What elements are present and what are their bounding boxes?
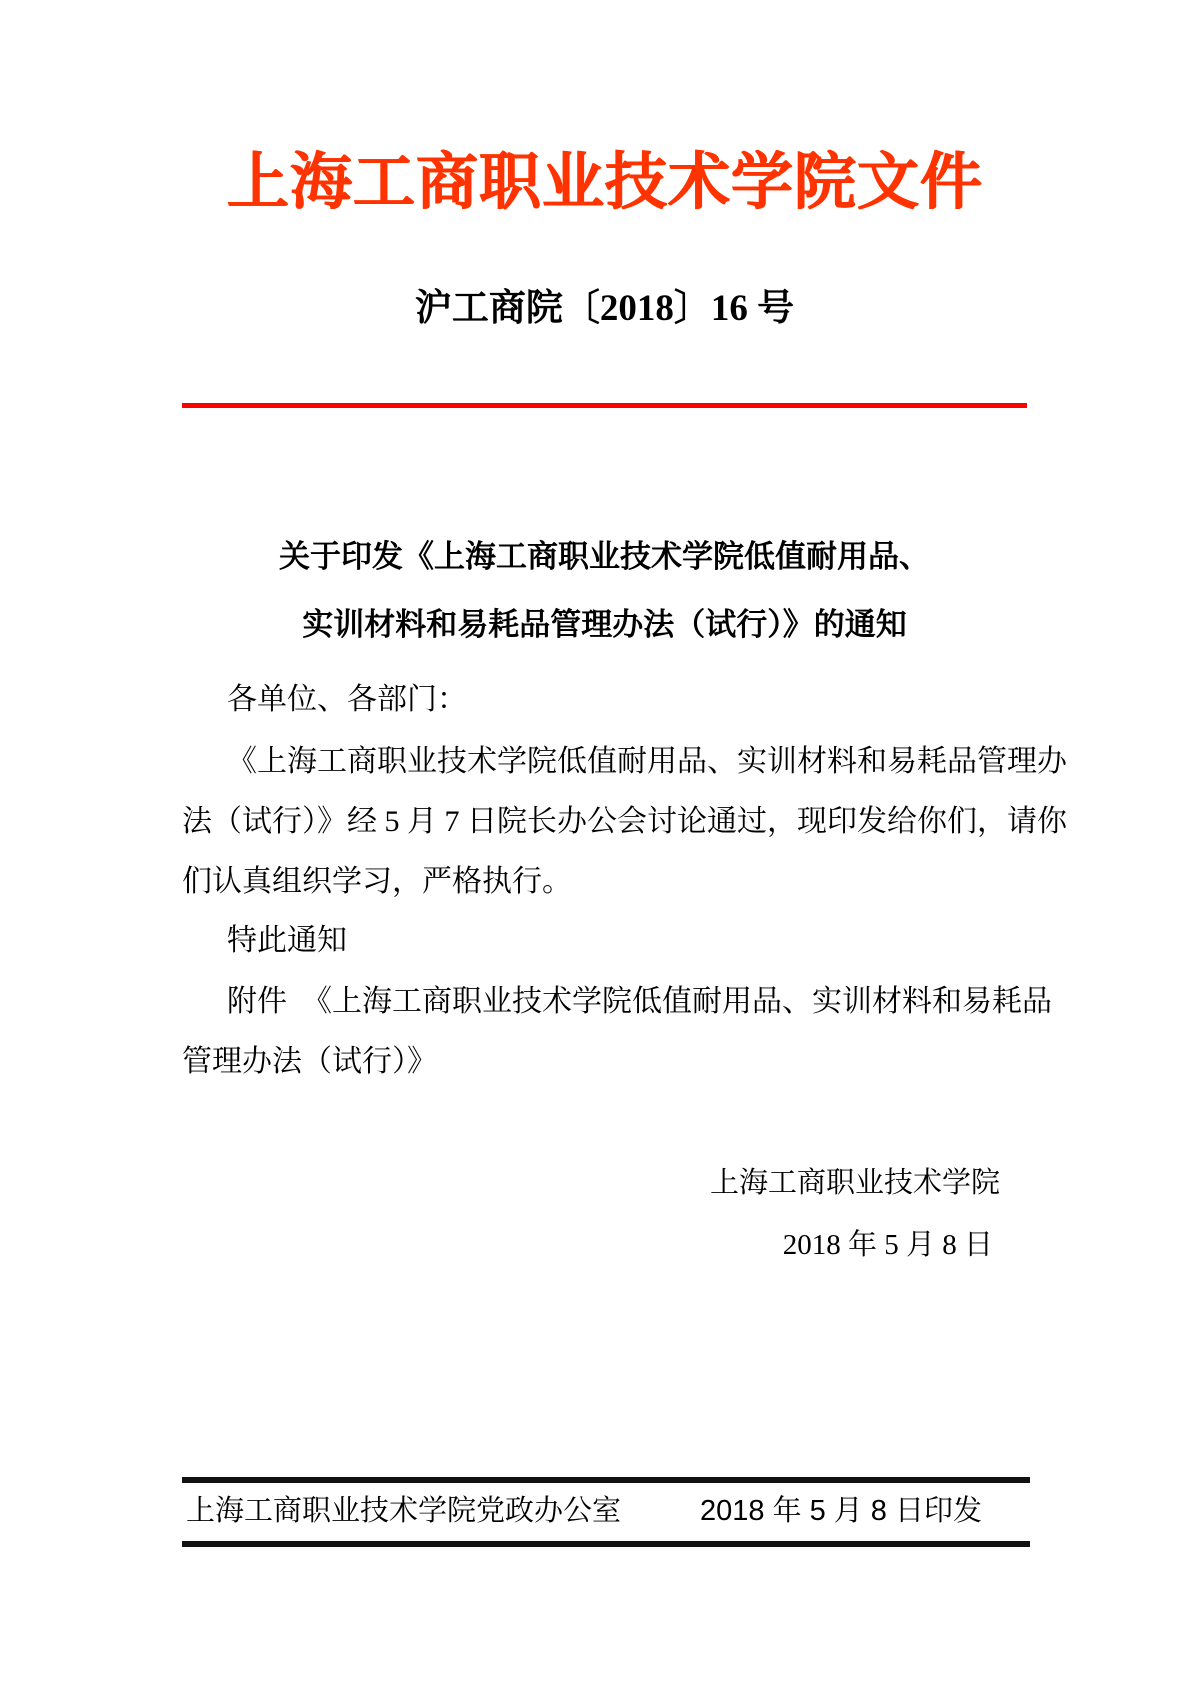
content-column: 上海工商职业技术学院文件 沪工商院〔2018〕16 号 关于印发《上海工商职业技… <box>182 0 1027 1684</box>
document-page: 上海工商职业技术学院文件 沪工商院〔2018〕16 号 关于印发《上海工商职业技… <box>0 0 1191 1684</box>
body-line-1: 《上海工商职业技术学院低值耐用品、实训材料和易耗品管理办 <box>182 745 1072 779</box>
notice-title-line1: 关于印发《上海工商职业技术学院低值耐用品、 <box>182 540 1027 574</box>
footer-row: 上海工商职业技术学院党政办公室 2018 年 5 月 8 日印发 <box>182 1494 1030 1528</box>
issuing-org-signature: 上海工商职业技术学院 <box>182 1166 1027 1200</box>
issue-date: 2018 年 5 月 8 日 <box>182 1228 1027 1262</box>
closing-note: 特此通知 <box>182 924 1072 958</box>
footer-print-date: 2018 年 5 月 8 日印发 <box>700 1494 1030 1528</box>
attachment-line-2: 管理办法（试行）》 <box>182 1045 1027 1079</box>
document-number: 沪工商院〔2018〕16 号 <box>182 288 1027 330</box>
org-title: 上海工商职业技术学院文件 <box>182 148 1027 218</box>
body-line-2: 法（试行）》经 5 月 7 日院长办公会讨论通过，现印发给你们，请你 <box>182 805 1027 839</box>
footer-bottom-rule <box>182 1541 1030 1547</box>
red-divider-rule <box>182 403 1027 408</box>
attachment-line-1: 附件 《上海工商职业技术学院低值耐用品、实训材料和易耗品 <box>182 985 1072 1019</box>
footer-top-rule <box>182 1477 1030 1483</box>
notice-title-line2: 实训材料和易耗品管理办法（试行）》的通知 <box>182 608 1027 642</box>
salutation: 各单位、各部门： <box>182 683 1072 717</box>
body-line-3: 们认真组织学习，严格执行。 <box>182 865 1027 899</box>
footer-issuer: 上海工商职业技术学院党政办公室 <box>182 1494 621 1528</box>
